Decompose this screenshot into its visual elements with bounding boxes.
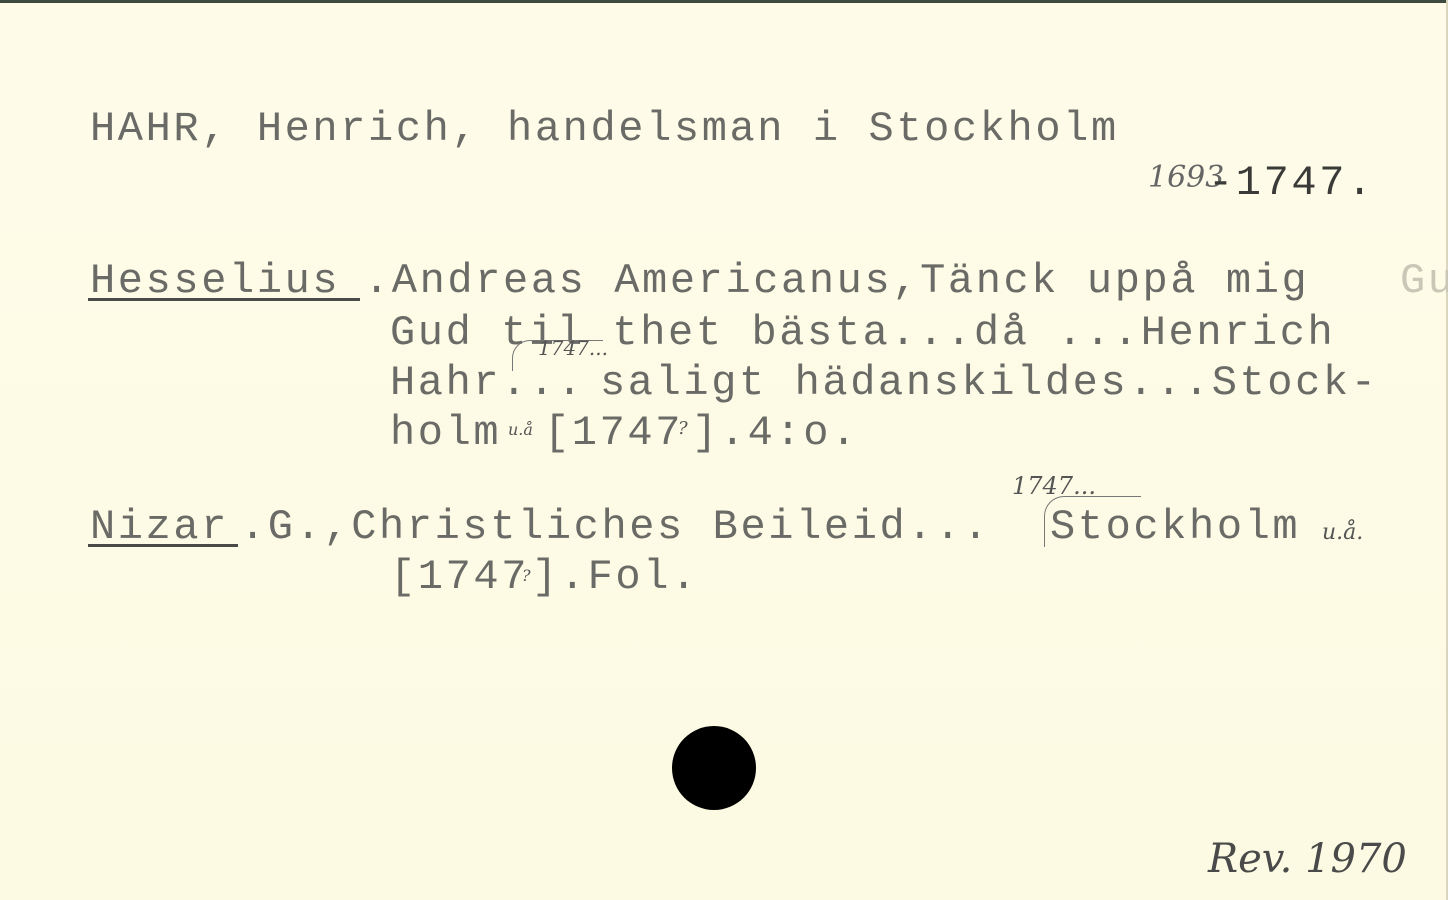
entry-1-query-mark: ? — [678, 418, 688, 439]
entry-1-handwritten-date: 1747... — [538, 336, 608, 360]
revision-note: Rev. 1970 — [1208, 836, 1407, 882]
entry-2-title-line-2b: ].Fol. — [532, 556, 699, 598]
entry-2-title-line-1: .G.,Christliches Beileid... — [240, 506, 991, 548]
catalog-card: HAHR, Henrich, handelsman i Stockholm 16… — [0, 0, 1448, 900]
entry-2-query-mark: ? — [522, 566, 531, 585]
entry-1-title-line-4c: ].4:o. — [692, 412, 859, 454]
card-top-edge — [0, 0, 1448, 3]
entry-2-author: Nizar — [90, 506, 229, 548]
entry-1-faint-overtype: Gu — [1400, 260, 1448, 302]
entry-1-title-line-4b: [1747 — [544, 412, 683, 454]
entry-2-place: Stockholm — [1050, 506, 1300, 548]
entry-2-title-line-2a: [1747 — [390, 556, 529, 598]
heading-death-year: -1747. — [1208, 162, 1375, 204]
card-punch-hole — [672, 726, 756, 810]
entry-2-author-underline — [88, 544, 238, 547]
entry-1-author: Hesselius — [90, 260, 340, 302]
heading-name: HAHR, Henrich, handelsman i Stockholm — [90, 108, 1119, 150]
entry-1-author-underline — [88, 298, 360, 301]
entry-1-title-line-4a: holm — [390, 412, 501, 454]
entry-1-title-line-1: .Andreas Americanus,Tänck uppå mig — [364, 260, 1309, 302]
entry-2-place-note: u.å. — [1322, 520, 1363, 545]
entry-1-place-note: u.å — [508, 420, 533, 439]
entry-1-title-line-3b: saligt hädanskildes...Stock- — [600, 362, 1379, 404]
